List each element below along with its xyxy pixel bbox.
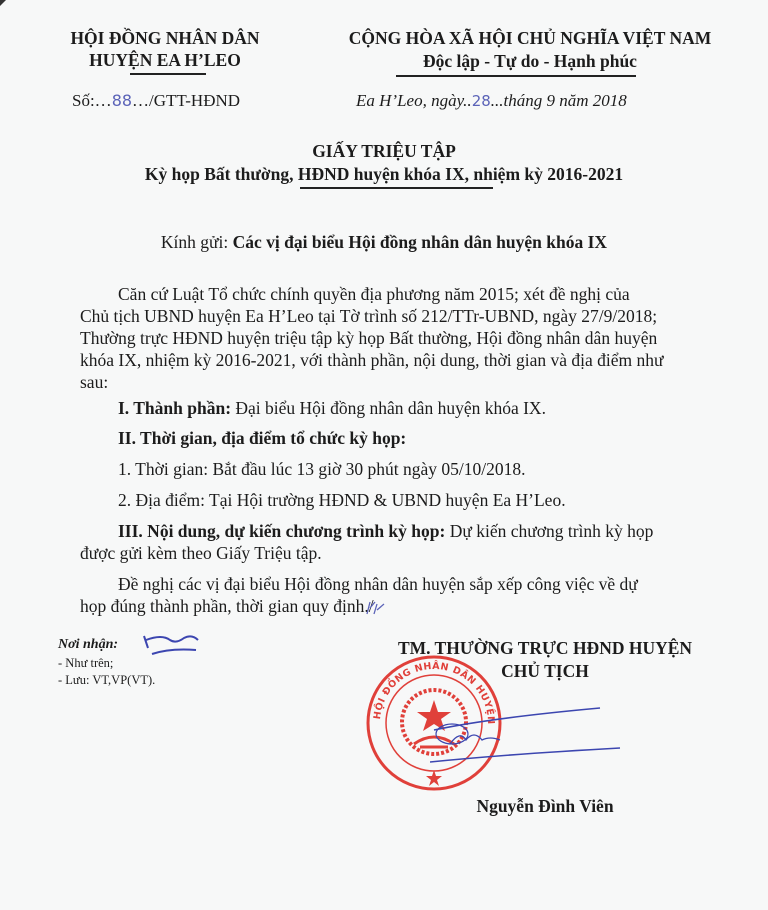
signer-name: Nguyễn Đình Viên bbox=[370, 796, 720, 817]
document-number: Số:…88…/GTT-HĐND bbox=[72, 91, 240, 111]
recipient-item-1: - Như trên; bbox=[58, 656, 113, 671]
handwritten-signature-icon bbox=[430, 700, 630, 770]
closing-line-1: Đề nghị các vị đại biểu Hội đồng nhân dâ… bbox=[118, 574, 638, 595]
org-name-line2: HUYỆN EA H’LEO bbox=[60, 50, 270, 71]
section-1-label: I. Thành phần: bbox=[118, 398, 231, 418]
section-3-line-2: được gửi kèm theo Giấy Triệu tập. bbox=[80, 543, 322, 564]
section-1: I. Thành phần: Đại biểu Hội đồng nhân dâ… bbox=[118, 398, 546, 419]
section-2-item-2: 2. Địa điểm: Tại Hội trường HĐND & UBND … bbox=[118, 490, 566, 511]
org-underline bbox=[130, 73, 206, 75]
section-1-text: Đại biểu Hội đồng nhân dân huyện khóa IX… bbox=[231, 398, 546, 418]
national-motto-line2: Độc lập - Tự do - Hạnh phúc bbox=[320, 51, 740, 72]
section-2-heading: II. Thời gian, địa điểm tổ chức kỳ họp: bbox=[118, 428, 406, 449]
document-date: Ea H’Leo, ngày..28...tháng 9 năm 2018 bbox=[356, 91, 627, 111]
number-handwritten: 88 bbox=[112, 91, 132, 110]
section-3-text: Dự kiến chương trình kỳ họp bbox=[445, 521, 653, 541]
intro-line-3: Thường trực HĐND huyện triệu tập kỳ họp … bbox=[80, 328, 657, 349]
addressee: Kính gửi: Các vị đại biểu Hội đồng nhân … bbox=[0, 232, 768, 253]
recipient-item-2: - Lưu: VT,VP(VT). bbox=[58, 673, 155, 688]
addressee-label: Kính gửi: bbox=[161, 232, 233, 252]
section-3: III. Nội dung, dự kiến chương trình kỳ h… bbox=[118, 521, 653, 542]
motto-underline bbox=[396, 75, 636, 77]
document-subtitle: Kỳ họp Bất thường, HĐND huyện khóa IX, n… bbox=[0, 164, 768, 185]
date-suffix: ...tháng 9 năm 2018 bbox=[491, 91, 627, 110]
national-motto-line1: CỘNG HÒA XÃ HỘI CHỦ NGHĨA VIỆT NAM bbox=[320, 28, 740, 49]
number-suffix: …/GTT-HĐND bbox=[132, 91, 240, 110]
addressee-value: Các vị đại biểu Hội đồng nhân dân huyện … bbox=[233, 232, 607, 252]
intro-line-4: khóa IX, nhiệm kỳ 2016-2021, với thành p… bbox=[80, 350, 664, 371]
date-day-handwritten: 28 bbox=[472, 92, 491, 110]
intro-line-5: sau: bbox=[80, 372, 108, 393]
initials-mark-icon bbox=[364, 596, 388, 618]
closing-line-2: họp đúng thành phần, thời gian quy định.… bbox=[80, 596, 374, 617]
intro-line-1: Căn cứ Luật Tổ chức chính quyền địa phươ… bbox=[118, 284, 630, 305]
document-title: GIẤY TRIỆU TẬP bbox=[0, 141, 768, 162]
org-name-line1: HỘI ĐỒNG NHÂN DÂN bbox=[60, 28, 270, 49]
page-corner-mark bbox=[0, 0, 6, 6]
subtitle-underline bbox=[300, 187, 493, 189]
section-3-label: III. Nội dung, dự kiến chương trình kỳ h… bbox=[118, 521, 445, 541]
section-2-item-1: 1. Thời gian: Bắt đầu lúc 13 giờ 30 phút… bbox=[118, 459, 526, 480]
date-prefix: Ea H’Leo, ngày.. bbox=[356, 91, 472, 110]
recipients-label: Nơi nhận: bbox=[58, 637, 118, 653]
intro-line-2: Chủ tịch UBND huyện Ea H’Leo tại Tờ trìn… bbox=[80, 306, 657, 327]
recipients-initials-icon bbox=[140, 628, 202, 658]
number-prefix: Số:… bbox=[72, 91, 112, 110]
